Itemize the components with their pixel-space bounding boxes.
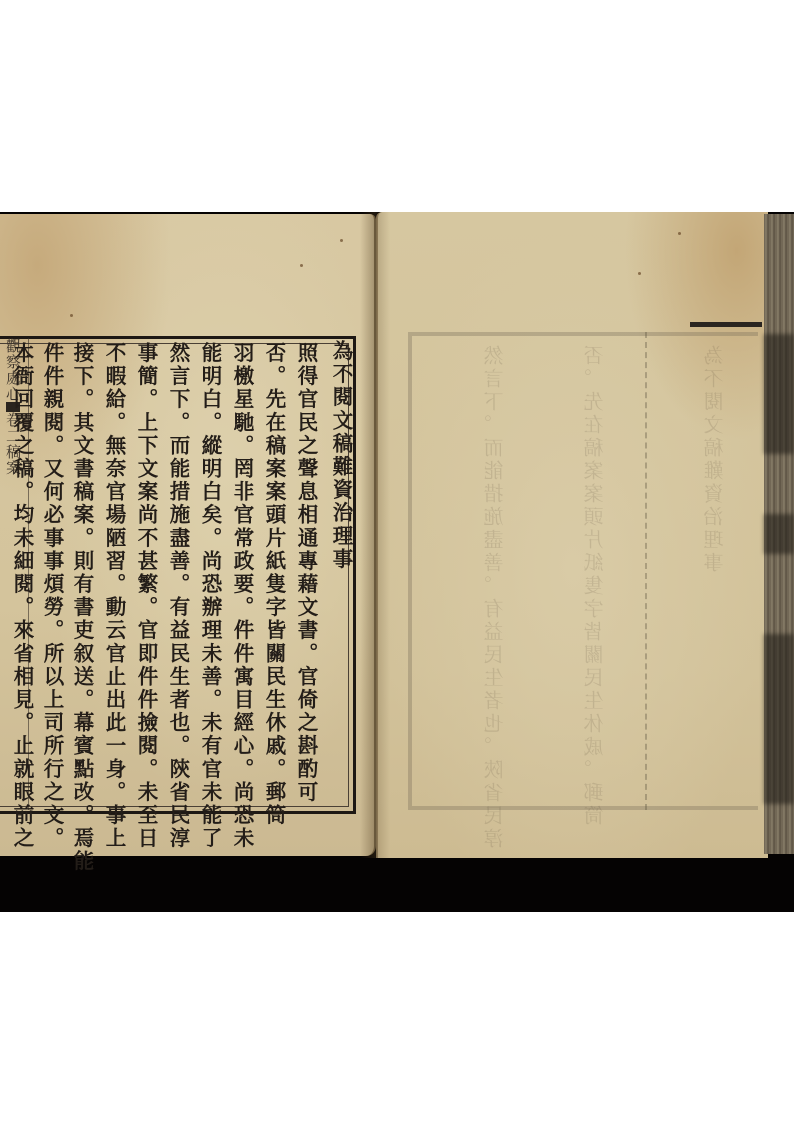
page-stack-edge xyxy=(764,214,794,854)
left-page: 觀察處心卷二稿案 為不閱文稿難資治理事 照得官民之聲息相通專藉文書。官倚之斟酌可… xyxy=(0,214,376,856)
book-gutter xyxy=(360,212,390,858)
text-column: 能明白。縱明白矣。尚恐辦理未善。未有官未能了 xyxy=(195,342,225,850)
text-column: 件件親閱。又何必事事煩勞。所以上司所行之文。 xyxy=(37,342,67,850)
text-column: 否。先在稿案案頭片紙隻字皆關民生休戚。郵筒 xyxy=(259,342,289,827)
text-column: 照得官民之聲息相通專藉文書。官倚之斟酌可 xyxy=(291,342,321,804)
text-column: 事簡。上下文案尚不甚繁。官即件件撿閱。未至日 xyxy=(131,342,161,850)
bleed-through-text: 為不閱文稿難資治理事 xyxy=(700,345,730,575)
bleed-through-text: 然言下。而能措施盡善。有益民生者也。陝省民淳 xyxy=(480,345,510,851)
text-column: 接下。其文書稿案。則有書吏叙送。幕賓點改。焉能 xyxy=(67,342,97,873)
text-column-title: 為不閱文稿難資治理事 xyxy=(326,340,356,571)
bleed-through-text: 否。先在稿案案頭片紙隻字皆關民生休戚。郵筒 xyxy=(580,345,610,828)
text-column: 本衙回覆之稿。均未細閱。來省相見。止就眼前之 xyxy=(7,342,37,850)
text-column: 羽檄星馳。罔非官常政要。件件寓目經心。尚恐未 xyxy=(227,342,257,850)
bleed-through-rule xyxy=(690,322,762,327)
text-column: 不暇給。無奈官場陋習。動云官止出此一身。事上 xyxy=(99,342,129,850)
text-column: 然言下。而能措施盡善。有益民生者也。陝省民淳 xyxy=(163,342,193,850)
